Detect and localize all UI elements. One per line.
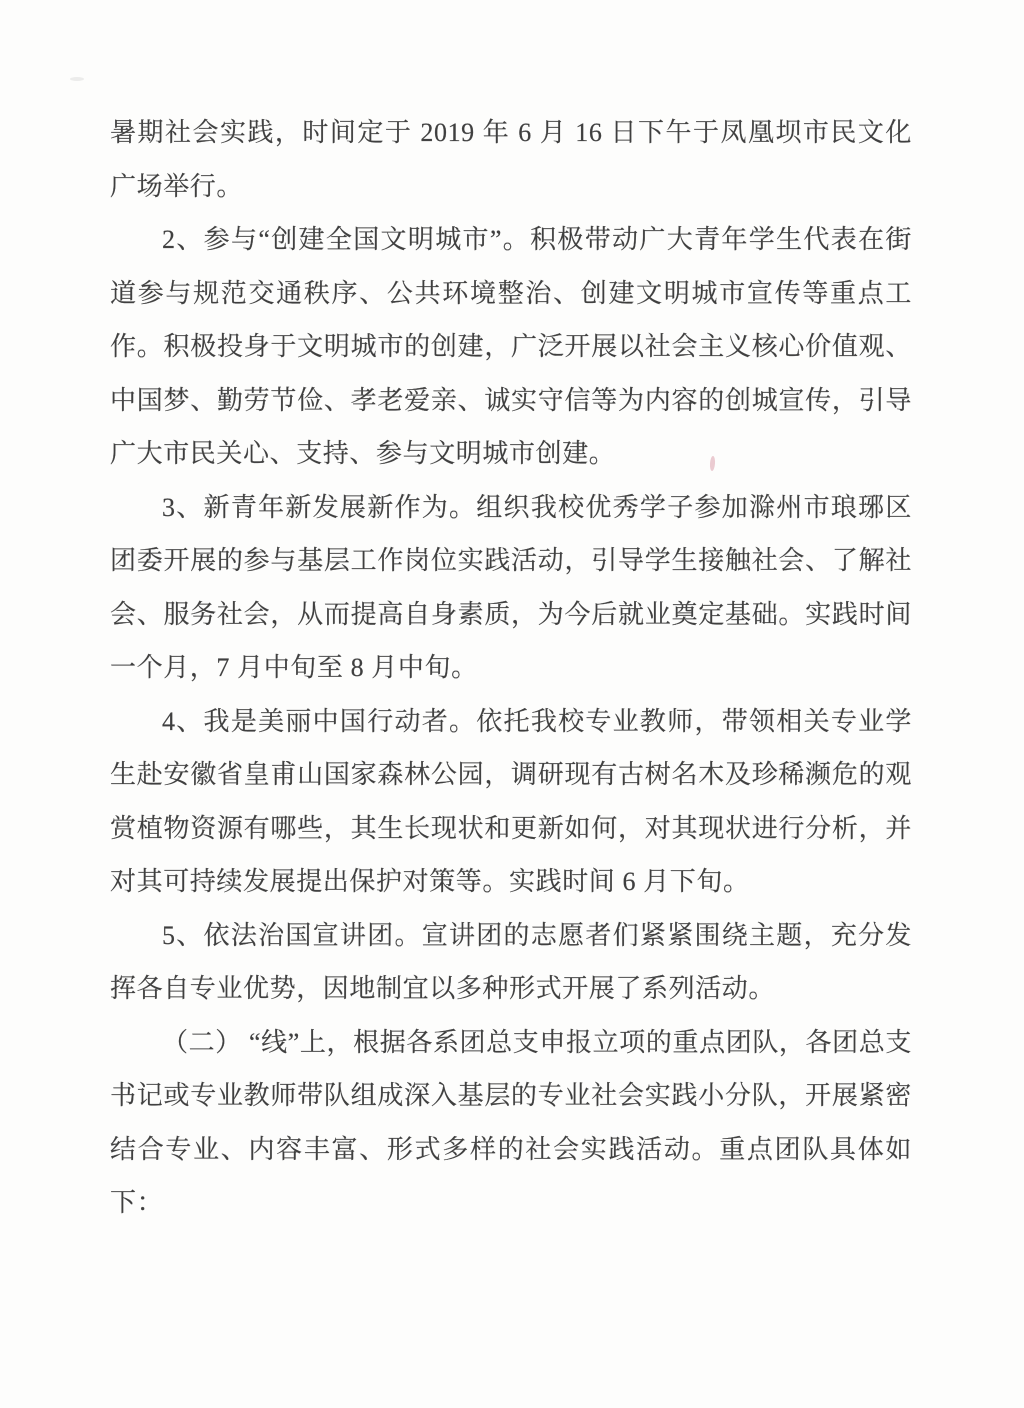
paragraph-item-2: 2、参与“创建全国文明城市”。积极带动广大青年学生代表在街道参与规范交通秩序、公…: [110, 213, 912, 481]
paragraph-continuation: 暑期社会实践，时间定于 2019 年 6 月 16 日下午于凤凰坝市民文化广场举…: [110, 106, 912, 213]
paragraph-section-2-line: （二） “线”上，根据各系团总支申报立项的重点团队，各团总支书记或专业教师带队组…: [110, 1016, 912, 1230]
paragraph-item-3: 3、新青年新发展新作为。组织我校优秀学子参加滁州市琅琊区团委开展的参与基层工作岗…: [110, 481, 912, 695]
paragraph-item-4: 4、我是美丽中国行动者。依托我校专业教师，带领相关专业学生赴安徽省皇甫山国家森林…: [110, 695, 912, 909]
paragraph-item-5: 5、依法治国宣讲团。宣讲团的志愿者们紧紧围绕主题，充分发挥各自专业优势，因地制宜…: [110, 909, 912, 1016]
scan-artifact: [70, 77, 84, 81]
document-page: 暑期社会实践，时间定于 2019 年 6 月 16 日下午于凤凰坝市民文化广场举…: [0, 0, 1024, 1408]
document-text-block: 暑期社会实践，时间定于 2019 年 6 月 16 日下午于凤凰坝市民文化广场举…: [110, 106, 912, 1230]
